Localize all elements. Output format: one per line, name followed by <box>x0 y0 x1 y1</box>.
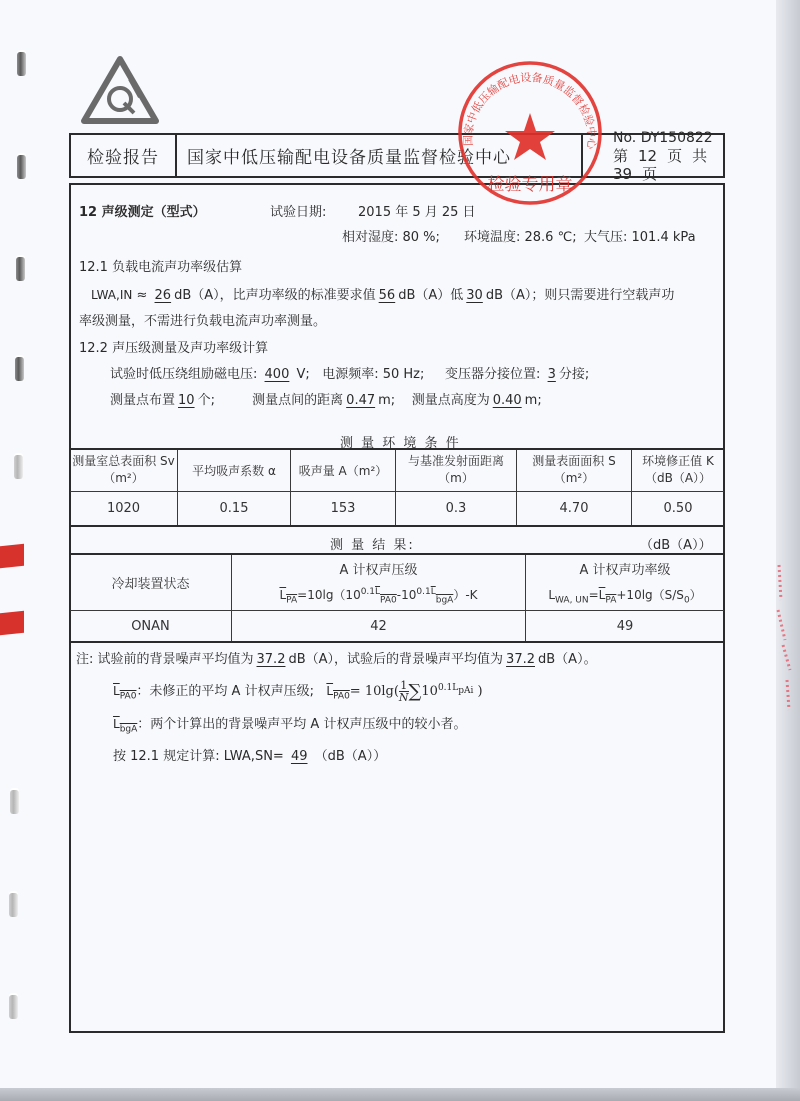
lpa-formula: LPA=10lg（100.1LPA0-100.1LbgA）-K <box>232 582 526 610</box>
binding-hole <box>17 52 26 76</box>
lpa-header: A 计权声压级 <box>232 554 526 582</box>
binding-hole <box>10 790 19 814</box>
divider <box>70 525 724 527</box>
red-index-tab <box>0 611 24 636</box>
load-current-estimate: LWA,IN ≈ 26dB（A），比声功率级的标准要求值56dB（A）低30dB… <box>91 284 674 303</box>
distance-value: 0.47 <box>343 393 378 408</box>
cqc-logo-icon <box>80 55 160 125</box>
subsection-12-2-title: 12.2 声压级测量及声功率级计算 <box>79 337 268 356</box>
lpa0-definition: LPA0：未修正的平均 A 计权声压级; LPA0= 10lg(1N∑100.1… <box>113 680 483 703</box>
lwa-in-value: 26 <box>152 288 175 303</box>
binding-hole <box>17 155 26 179</box>
results-title: 测 量 结 果: <box>330 534 415 553</box>
doc-type: 检验报告 <box>71 135 177 176</box>
excitation-line: 试验时低压绕组励磁电压: 400 V; 电源频率: 50 Hz; 变压器分接位置… <box>110 363 589 382</box>
lwa-formula: LWA, UN=LPA+10lg（S/S0） <box>526 582 725 610</box>
cooling-state: ONAN <box>70 610 232 642</box>
calculated-lwa-sn: 按 12.1 规定计算: LWA,SN= 49 （dB（A）） <box>113 745 386 764</box>
env-value-cell: 0.3 <box>396 491 517 525</box>
measurement-results-table: 冷却装置状态 A 计权声压级 A 计权声功率级 LPA=10lg（100.1LP… <box>70 553 724 643</box>
divider <box>70 641 724 643</box>
tap-value: 3 <box>545 367 559 382</box>
cooling-state-header: 冷却装置状态 <box>70 554 232 610</box>
env-header-cell: 测量室总表面积 Sv（m²） <box>70 449 178 491</box>
humidity: 相对湿度: 80 %; <box>342 226 440 245</box>
env-header-cell: 平均吸声系数 α <box>178 449 291 491</box>
binding-hole <box>14 455 23 479</box>
env-value-cell: 0.50 <box>632 491 725 525</box>
env-value-cell: 1020 <box>70 491 178 525</box>
temperature: 环境温度: 28.6 ℃; <box>464 226 577 245</box>
bg-noise-before: 37.2 <box>254 652 289 667</box>
measurement-points-line: 测量点布置10个; 测量点间的距离0.47m; 测量点高度为0.40m; <box>110 389 542 408</box>
binding-hole <box>16 257 25 281</box>
points-value: 10 <box>175 393 198 408</box>
page-indicator: 第12页共39页 <box>613 147 723 183</box>
report-header: 检验报告 国家中低压输配电设备质量监督检验中心 No. DY150822 第12… <box>69 133 725 178</box>
section-title: 12 声级测定（型式） <box>79 201 206 220</box>
env-header-cell: 环境修正值 K（dB（A）） <box>632 449 725 491</box>
env-header-cell: 测量表面面积 S（m²） <box>517 449 632 491</box>
env-header-cell: 与基准发射面距离（m） <box>396 449 517 491</box>
stacked-pages-edge <box>776 0 800 1101</box>
binding-hole <box>9 995 18 1019</box>
lwa-sn-value: 49 <box>288 749 311 764</box>
env-header-row: 测量室总表面积 Sv（m²） 平均吸声系数 α 吸声量 A（m²） 与基准发射面… <box>70 449 724 491</box>
lwa-value: 49 <box>526 610 725 642</box>
report-meta: No. DY150822 第12页共39页 <box>583 135 723 176</box>
subsection-12-1-title: 12.1 负载电流声功率级估算 <box>79 256 242 275</box>
environment-conditions-table: 测量室总表面积 Sv（m²） 平均吸声系数 α 吸声量 A（m²） 与基准发射面… <box>70 448 724 526</box>
env-value-cell: 153 <box>291 491 396 525</box>
binding-hole <box>9 893 18 917</box>
background-noise-note: 注: 试验前的背景噪声平均值为37.2dB（A），试验后的背景噪声平均值为37.… <box>76 648 597 667</box>
lbga-definition: LbgA：两个计算出的背景噪声平均 A 计权声压级中的较小者。 <box>113 713 466 734</box>
seal-trace-edge <box>775 560 797 720</box>
pressure: 大气压: 101.4 kPa <box>584 226 696 245</box>
difference-value: 30 <box>463 288 486 303</box>
organization-name: 国家中低压输配电设备质量监督检验中心 <box>177 135 583 176</box>
lpa-value: 42 <box>232 610 526 642</box>
red-index-tab <box>0 544 24 569</box>
results-header-row: 冷却装置状态 A 计权声压级 A 计权声功率级 <box>70 554 724 582</box>
env-value-cell: 4.70 <box>517 491 632 525</box>
voltage-value: 400 <box>262 367 293 382</box>
page-bottom-shadow <box>0 1088 800 1101</box>
env-value-cell: 0.15 <box>178 491 291 525</box>
standard-value: 56 <box>376 288 399 303</box>
results-unit: （dB（A）） <box>640 534 712 553</box>
height-value: 0.40 <box>490 393 525 408</box>
results-row: ONAN 42 49 <box>70 610 724 642</box>
test-date-label: 试验日期: <box>270 201 326 220</box>
lwa-header: A 计权声功率级 <box>526 554 725 582</box>
binding-hole <box>15 357 24 381</box>
env-value-row: 1020 0.15 153 0.3 4.70 0.50 <box>70 491 724 525</box>
report-number: No. DY150822 <box>613 129 713 147</box>
load-current-conclusion: 率级测量，不需进行负载电流声功率测量。 <box>79 310 326 329</box>
bg-noise-after: 37.2 <box>503 652 538 667</box>
env-header-cell: 吸声量 A（m²） <box>291 449 396 491</box>
test-date-value: 2015 年 5 月 25 日 <box>358 201 476 220</box>
